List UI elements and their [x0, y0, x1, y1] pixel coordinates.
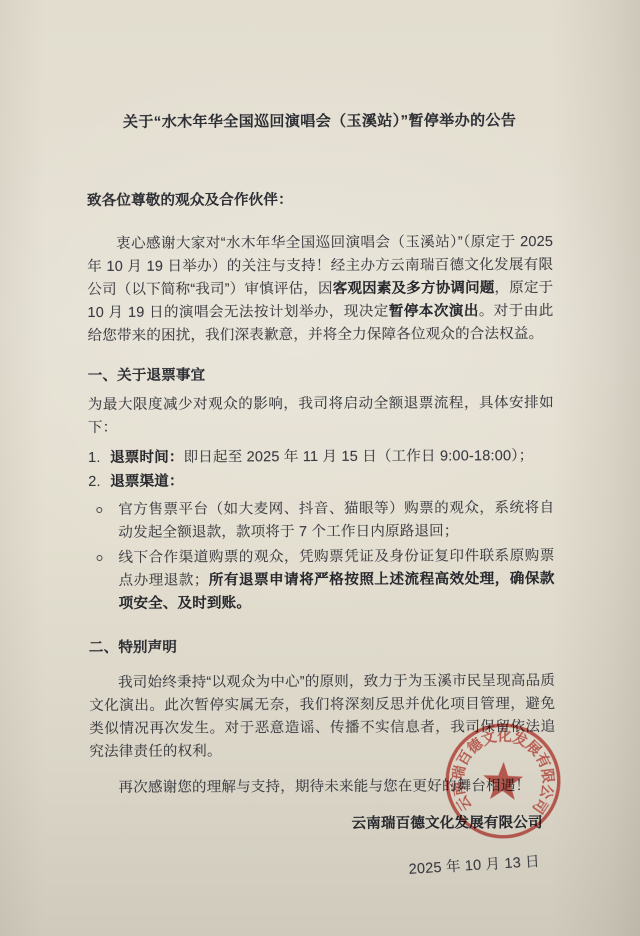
document-title: 关于“水木年华全国巡回演唱会（玉溪站）”暂停举办的公告 [87, 110, 553, 133]
item2-number: 2. [88, 471, 110, 494]
intro-bold-decision: 暂停本次演出 [389, 303, 479, 319]
section1-lead: 为最大限度减少对观众的影响，我司将启动全额退票流程，具体安排如下： [88, 392, 554, 440]
seal-svg: 云南瑞百德文化发展有限公司 [439, 717, 567, 845]
seal-character: 限 [538, 767, 558, 784]
item1-text: 即日起至 2025 年 11 月 15 日（工作日 9:00-18:00）； [184, 448, 534, 466]
bullet1-text: 官方售票平台（如大麦网、抖音、猫眼等）购票的观众，系统将自动发起全额退款，款项将… [118, 500, 554, 541]
salutation-line: 致各位尊敬的观众及合作伙伴： [87, 188, 553, 213]
seal-character: 化 [496, 727, 513, 746]
refund-time-item: 1.退票时间：即日起至 2025 年 11 月 15 日（工作日 9:00-18… [88, 445, 554, 470]
bullet-online-refund: 官方售票平台（如大麦网、抖音、猫眼等）购票的观众，系统将自动发起全额退款，款项将… [88, 497, 554, 545]
paper-background: 关于“水木年华全国巡回演唱会（玉溪站）”暂停举办的公告 致各位尊敬的观众及合作伙… [0, 0, 640, 936]
item1-number: 1. [88, 447, 110, 470]
section1-heading: 一、关于退票事宜 [88, 363, 554, 388]
item2-label: 退票渠道： [110, 474, 184, 490]
circle-bullet-icon [96, 507, 102, 513]
intro-bold-reason: 客观因素及多方协调问题 [333, 280, 495, 297]
company-seal-stamp: 云南瑞百德文化发展有限公司 [439, 717, 567, 845]
refund-channel-item: 2.退票渠道： [88, 469, 554, 494]
seal-character: 南 [448, 779, 468, 797]
star-icon [482, 761, 523, 800]
refund-channel-bullets: 官方售票平台（如大麦网、抖音、猫眼等）购票的观众，系统将自动发起全额退款，款项将… [88, 497, 555, 616]
document-date: 2025 年 10 月 13 日 [90, 850, 557, 901]
item1-label: 退票时间： [110, 450, 184, 466]
intro-paragraph: 衷心感谢大家对“水木年华全国巡回演唱会（玉溪站）”（原定于 2025 年 10 … [87, 231, 553, 348]
section2-heading: 二、特别声明 [89, 635, 555, 660]
bullet-offline-refund: 线下合作渠道购票的观众，凭购票凭证及身份证复印件联系原购票点办理退款；所有退票申… [88, 545, 554, 616]
circle-bullet-icon [97, 555, 103, 561]
